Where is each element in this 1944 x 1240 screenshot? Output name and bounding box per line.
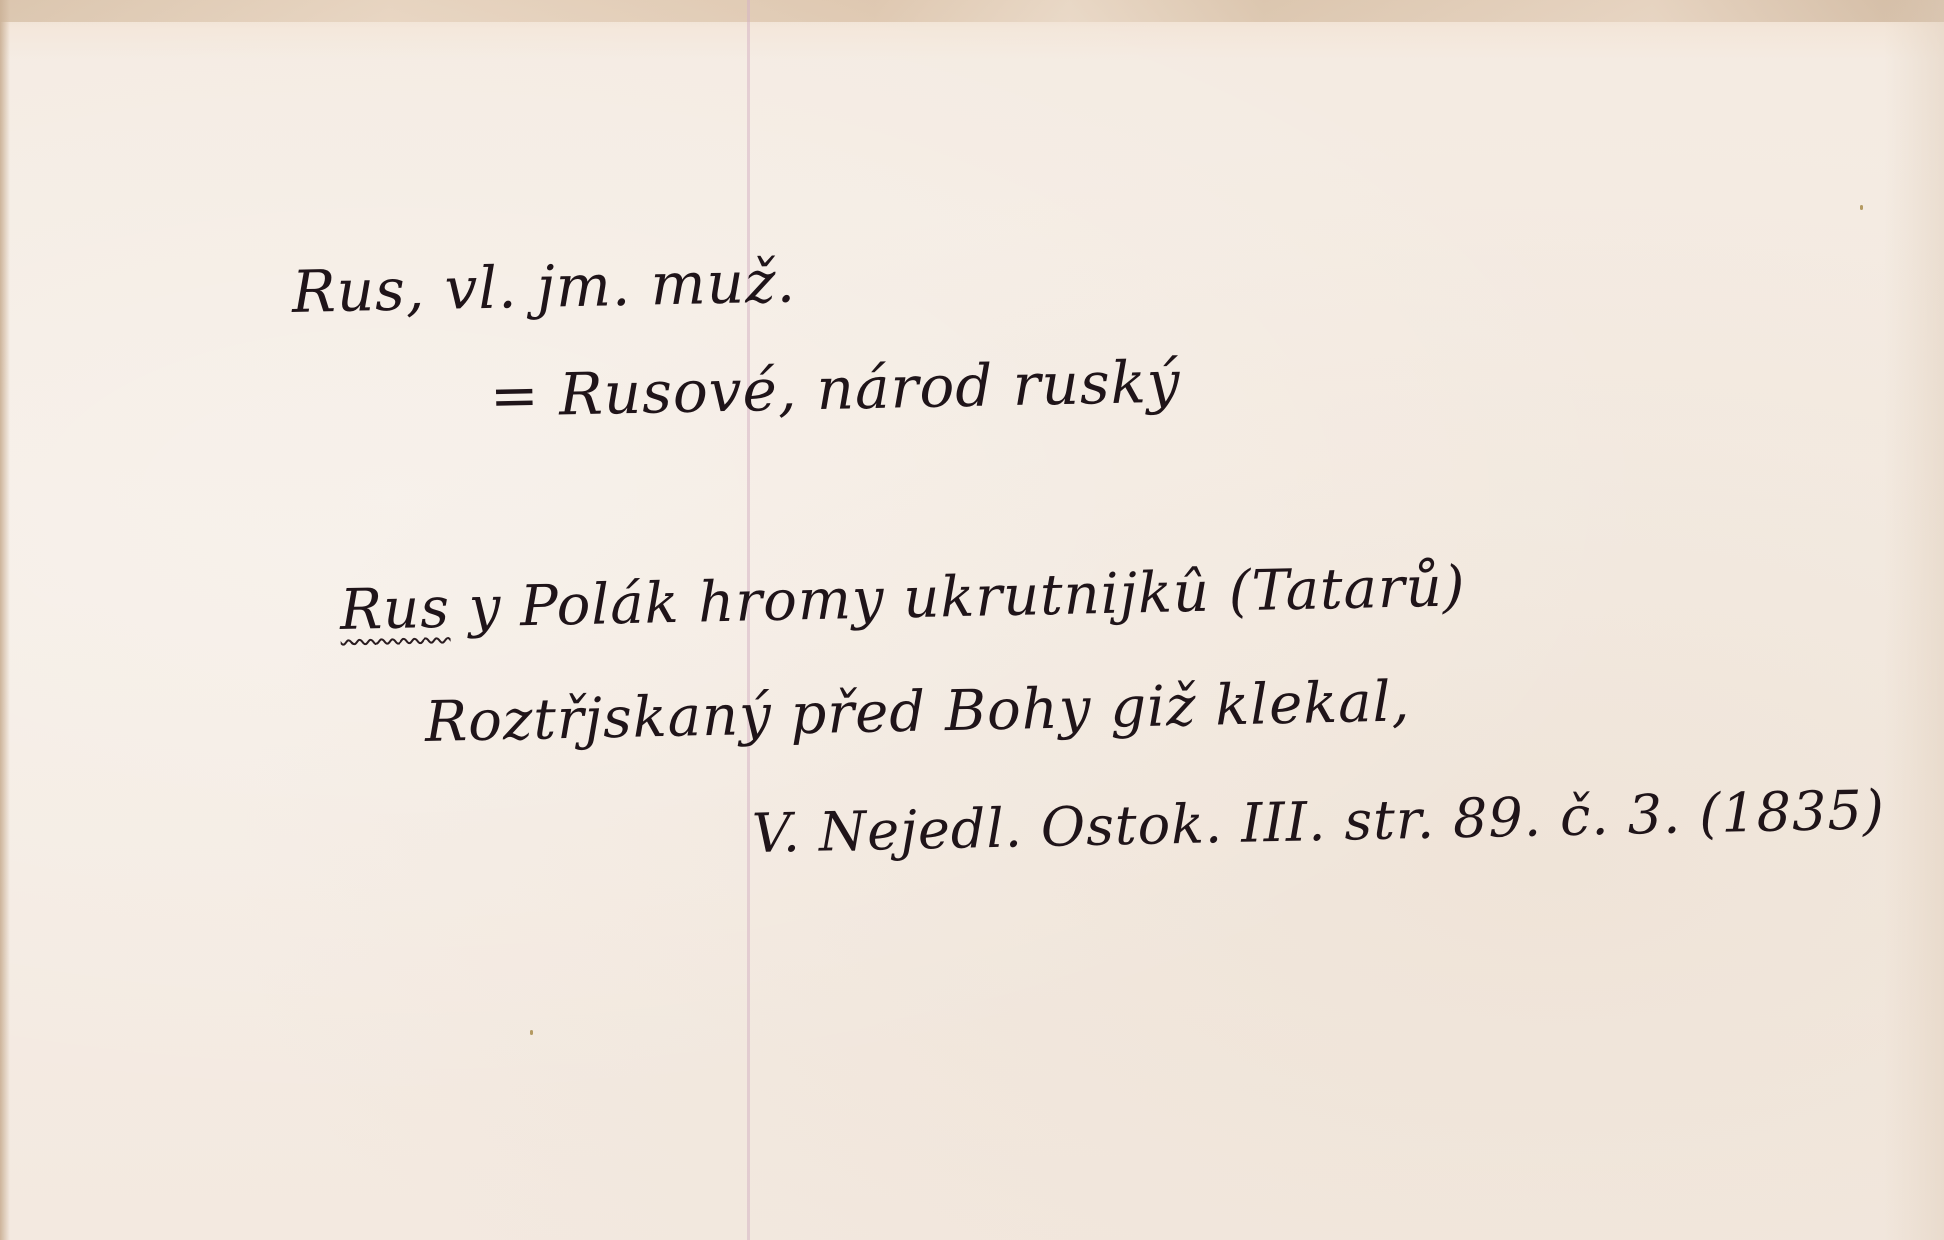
quotation-line-1: Rus y Polák hromy ukrutnijkû (Tatarů) [339,554,1466,643]
equivalent-line: = Rusové, národ ruský [489,348,1181,430]
card-left-edge [0,0,10,1240]
card-top-edge [0,0,1944,22]
headword-line: Rus, vl. jm. muž. [291,247,796,326]
card-right-edge [1884,0,1944,1240]
index-card: Rus, vl. jm. muž. = Rusové, národ ruský … [0,0,1944,1240]
quotation-line-1-rest: y Polák hromy ukrutnijkû (Tatarů) [449,554,1466,640]
source-citation: V. Nejedl. Ostok. III. str. 89. č. 3. (1… [751,778,1885,865]
quotation-line-2: Roztřjskaný před Bohy giž klekal, [424,669,1411,755]
underlined-headword: Rus [339,576,450,643]
paper-speck [530,1030,533,1035]
paper-speck [1860,205,1863,210]
